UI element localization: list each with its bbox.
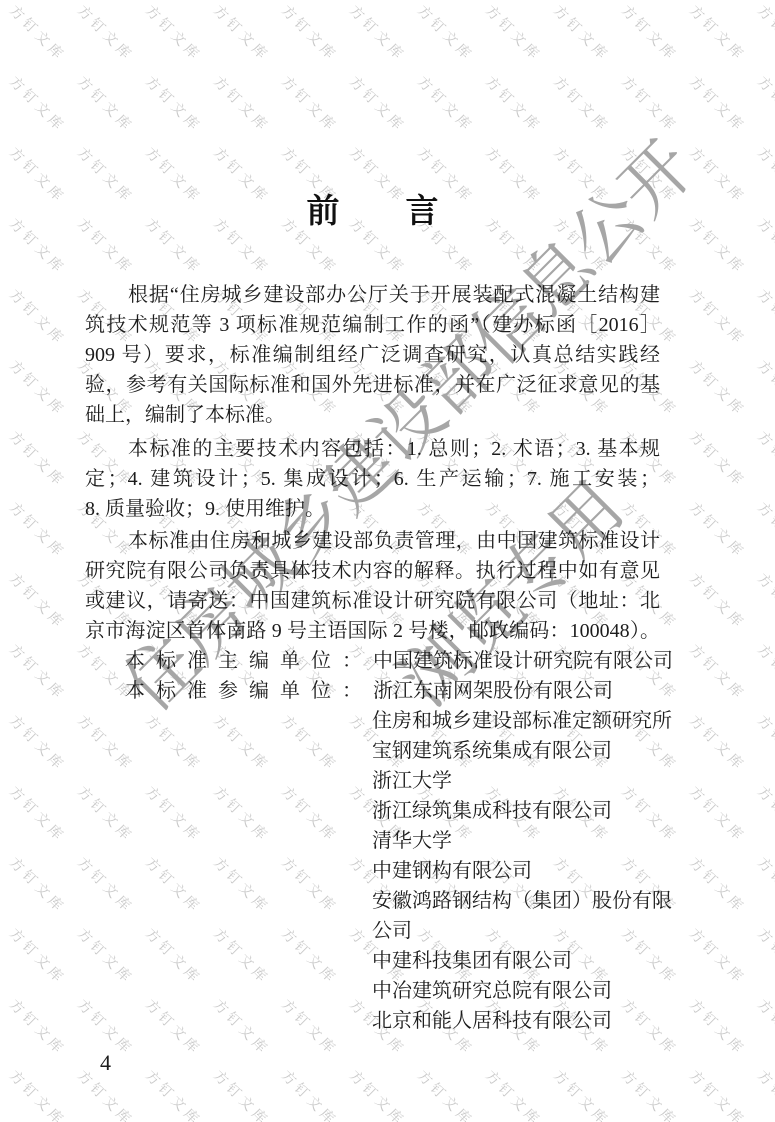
text-line: 本标准的主要技术内容包括：1. 总则；2. 术语；3. 基本规: [85, 434, 660, 464]
document-page: 方钉文库方钉文库方钉文库方钉文库方钉文库方钉文库方钉文库方钉文库方钉文库方钉文库…: [0, 0, 775, 1122]
participating-editor-item: 北京和能人居科技有限公司: [372, 1006, 672, 1036]
text-line: 根据“住房城乡建设部办公厅关于开展装配式混凝土结构建: [85, 280, 660, 310]
page-number: 4: [100, 1050, 111, 1076]
text-line: 验，参考有关国际标准和国外先进标准，并在广泛征求意见的基: [85, 370, 660, 400]
participating-editor-item: 住房和城乡建设部标准定额研究所: [372, 706, 672, 736]
participating-editor-item: 宝钢建筑系统集成有限公司: [372, 736, 672, 766]
participating-editor-item: 中冶建筑研究总院有限公司: [372, 976, 672, 1006]
text-line: 京市海淀区首体南路 9 号主语国际 2 号楼，邮政编码：100048）。: [85, 616, 660, 646]
chief-editor-value: 中国建筑标准设计研究院有限公司: [373, 650, 673, 672]
page-content: 前 言 根据“住房城乡建设部办公厅关于开展装配式混凝土结构建筑技术规范等 3 项…: [0, 0, 775, 1122]
paragraph: 根据“住房城乡建设部办公厅关于开展装配式混凝土结构建筑技术规范等 3 项标准规范…: [85, 280, 660, 430]
text-line: 研究院有限公司负责具体技术内容的解释。执行过程中如有意见: [85, 556, 660, 586]
text-line: 定；4. 建筑设计；5. 集成设计；6. 生产运输；7. 施工安装；: [85, 464, 660, 494]
chief-editor-label: 本标准主编单位：: [125, 650, 373, 672]
chief-editor-row: 本标准主编单位：中国建筑标准设计研究院有限公司: [85, 646, 700, 676]
paragraph: 本标准的主要技术内容包括：1. 总则；2. 术语；3. 基本规定；4. 建筑设计…: [85, 434, 660, 524]
text-line: 本标准由住房和城乡建设部负责管理，由中国建筑标准设计: [85, 526, 660, 556]
text-line: 909 号）要求，标准编制组经广泛调查研究，认真总结实践经: [85, 340, 660, 370]
participating-editor-item: 浙江东南网架股份有限公司: [373, 680, 613, 702]
paragraph: 本标准由住房和城乡建设部负责管理，由中国建筑标准设计研究院有限公司负责具体技术内…: [85, 526, 660, 646]
participating-editor-item: 中建钢构有限公司: [372, 856, 672, 886]
text-line: 础上，编制了本标准。: [85, 400, 660, 430]
participating-editor-item: 浙江大学: [372, 766, 672, 796]
participating-editor-item: 安徽鸿路钢结构（集团）股份有限: [372, 886, 672, 916]
participating-editor-item: 浙江绿筑集成科技有限公司: [372, 796, 672, 826]
participating-editors-list: 住房和城乡建设部标准定额研究所宝钢建筑系统集成有限公司浙江大学浙江绿筑集成科技有…: [372, 706, 672, 1036]
text-line: 筑技术规范等 3 项标准规范编制工作的函”（建办标函［2016］: [85, 310, 660, 340]
participating-editor-item: 清华大学: [372, 826, 672, 856]
text-line: 或建议，请寄送：中国建筑标准设计研究院有限公司（地址：北: [85, 586, 660, 616]
text-line: 8. 质量验收；9. 使用维护。: [85, 494, 660, 524]
participating-editor-item: 公司: [372, 916, 672, 946]
participating-editors-row: 本标准参编单位：浙江东南网架股份有限公司: [85, 676, 700, 706]
participating-editor-item: 中建科技集团有限公司: [372, 946, 672, 976]
page-title: 前 言: [85, 193, 660, 231]
participating-editors-label: 本标准参编单位：: [125, 680, 373, 702]
